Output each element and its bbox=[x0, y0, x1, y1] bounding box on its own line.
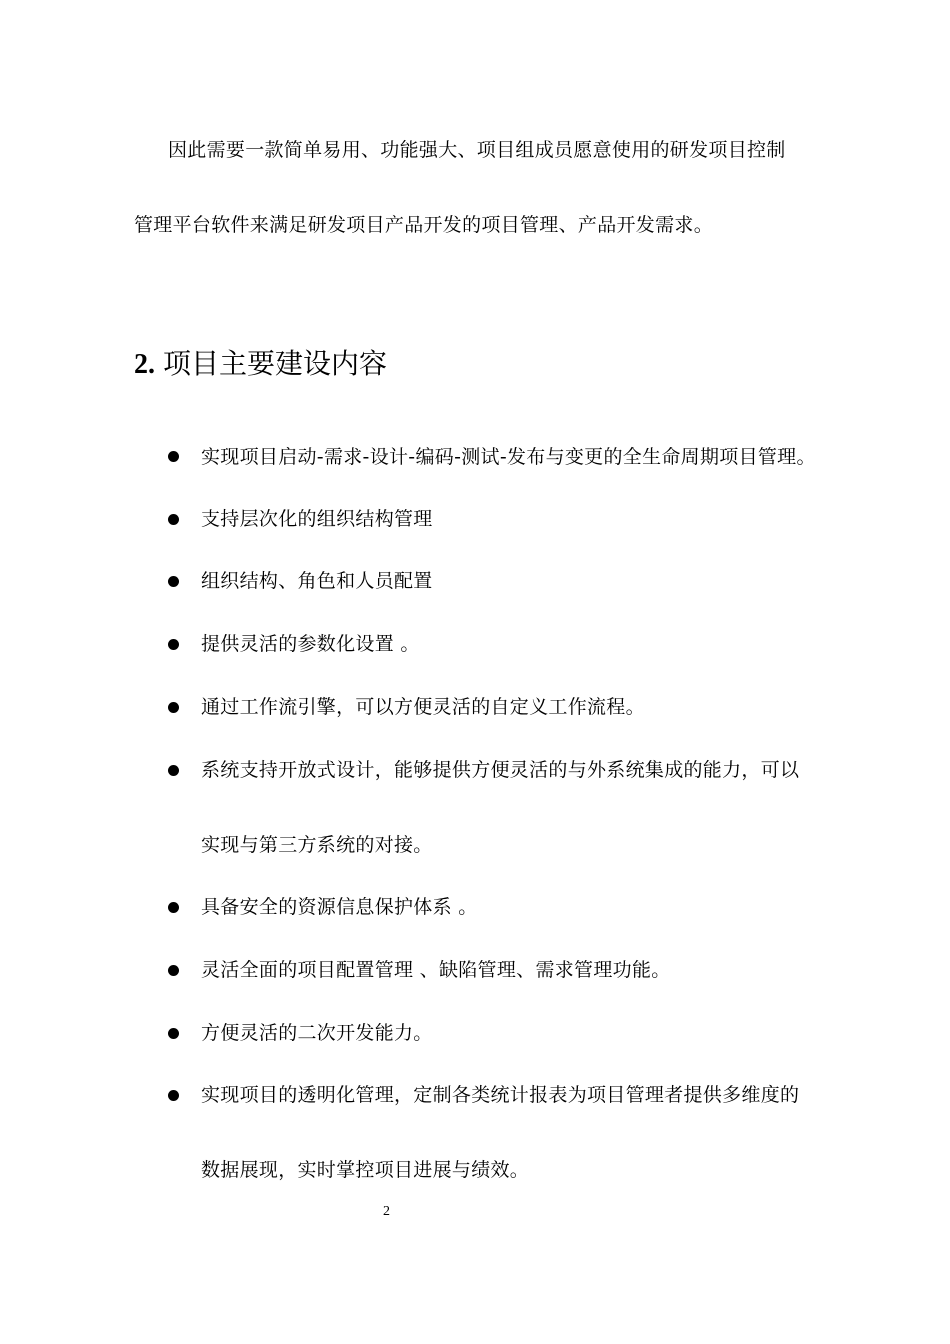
list-item: 组织结构、角色和人员配置 bbox=[201, 570, 433, 592]
section-heading: 2.项目主要建设内容 bbox=[134, 346, 387, 383]
bullet-icon bbox=[168, 965, 179, 976]
intro-paragraph-line-1: 因此需要一款简单易用、功能强大、项目组成员愿意使用的研发项目控制 bbox=[168, 139, 786, 161]
list-item: 具备安全的资源信息保护体系 。 bbox=[201, 896, 478, 918]
bullet-icon bbox=[168, 639, 179, 650]
section-title: 项目主要建设内容 bbox=[163, 347, 387, 380]
bullet-icon bbox=[168, 765, 179, 776]
bullet-icon bbox=[168, 451, 179, 462]
list-item-continuation: 数据展现，实时掌控项目进展与绩效。 bbox=[201, 1159, 529, 1181]
page-number: 2 bbox=[383, 1204, 390, 1220]
bullet-icon bbox=[168, 1090, 179, 1101]
list-item: 方便灵活的二次开发能力。 bbox=[201, 1022, 433, 1044]
list-item: 实现项目的透明化管理，定制各类统计报表为项目管理者提供多维度的 bbox=[201, 1084, 799, 1106]
intro-paragraph-line-2: 管理平台软件来满足研发项目产品开发的项目管理、产品开发需求。 bbox=[134, 214, 713, 236]
list-item: 支持层次化的组织结构管理 bbox=[201, 508, 433, 530]
list-item: 灵活全面的项目配置管理 、缺陷管理、需求管理功能。 bbox=[201, 959, 671, 981]
section-number: 2. bbox=[134, 349, 155, 380]
list-item: 系统支持开放式设计，能够提供方便灵活的与外系统集成的能力，可以 bbox=[201, 759, 799, 781]
list-item: 实现项目启动-需求-设计-编码-测试-发布与变更的全生命周期项目管理。 bbox=[201, 446, 816, 468]
list-item-continuation: 实现与第三方系统的对接。 bbox=[201, 834, 433, 856]
bullet-icon bbox=[168, 576, 179, 587]
bullet-icon bbox=[168, 702, 179, 713]
bullet-icon bbox=[168, 902, 179, 913]
bullet-icon bbox=[168, 1028, 179, 1039]
document-page: 因此需要一款简单易用、功能强大、项目组成员愿意使用的研发项目控制 管理平台软件来… bbox=[0, 0, 950, 1344]
bullet-icon bbox=[168, 514, 179, 525]
list-item: 通过工作流引擎，可以方便灵活的自定义工作流程。 bbox=[201, 696, 645, 718]
list-item: 提供灵活的参数化设置 。 bbox=[201, 633, 420, 655]
